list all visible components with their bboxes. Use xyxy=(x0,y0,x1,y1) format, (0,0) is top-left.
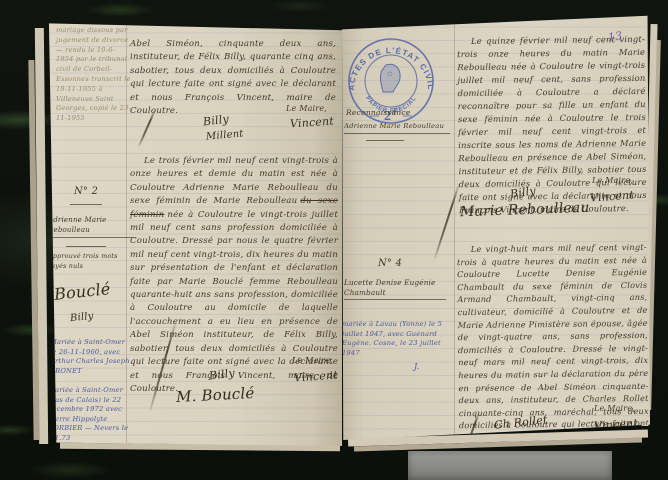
margin-divider xyxy=(66,246,106,247)
act3-margin-type: Reconnaissance xyxy=(346,108,411,117)
margin-note-divorce: mariage dissous par jugement de divorce … xyxy=(56,26,132,124)
register-left-page: mariage dissous par jugement de divorce … xyxy=(46,20,342,446)
act2-margin-marriage-note-2: Mariée à Saint-Omer (Pas de Calais) le 2… xyxy=(48,386,132,444)
act1-signature-mayor: Vincent xyxy=(290,114,335,130)
act4-margin-number: N° 4 xyxy=(342,258,438,269)
act2-margin-marriage-note-1: Mariée à Saint-Omer le 26-11-1960, avec … xyxy=(50,338,130,376)
ceres-head-emblem xyxy=(380,64,400,92)
act2-margin-approval: Approuvé trois mots rayés nuls xyxy=(48,252,128,272)
act4-margin-marriage-note: mariée à Lavau (Yonne) le 5 juillet 1947… xyxy=(342,320,448,358)
act3-mayor-label: Le Maire, xyxy=(592,176,633,185)
act2-margin-number: N° 2 xyxy=(46,186,126,197)
act2-mayor-label: Le Maire, xyxy=(292,356,333,365)
act2-margin-signature-mother: Bouclé xyxy=(53,279,111,304)
margin-rule-line xyxy=(454,14,455,440)
margin-divider xyxy=(366,140,404,141)
act1-signature-witness1: Billy xyxy=(202,112,229,128)
act3-signature-declarant: Marie Reboulleau xyxy=(460,200,590,221)
act1-signature-witness2: Millent xyxy=(206,128,244,142)
act2-margin-name: Adrienne Marie Reboulleau xyxy=(48,216,134,238)
table-surface-patch xyxy=(408,451,612,480)
act2-signature-declarant: M. Bouclé xyxy=(176,384,255,406)
photographed-civil-register: mariage dissous par jugement de divorce … xyxy=(0,0,668,480)
act2-margin-signature-witness: Billy xyxy=(69,311,94,324)
act4-mayor-label: Le Maire, xyxy=(594,404,635,413)
margin-divider xyxy=(70,204,102,205)
act4-margin-name: Lucette Denise Eugénie Chambault xyxy=(344,278,446,300)
act4-margin-note-initial: J. xyxy=(414,362,420,372)
register-right-page: N° 3 13 ACTES DE L'ÉTAT CIVIL PAPIER SPÉ… xyxy=(342,14,650,440)
act3-margin-name: Adrienne Marie Reboulleau xyxy=(344,122,450,134)
act1-mayor-label: Le Maire, xyxy=(286,104,327,113)
